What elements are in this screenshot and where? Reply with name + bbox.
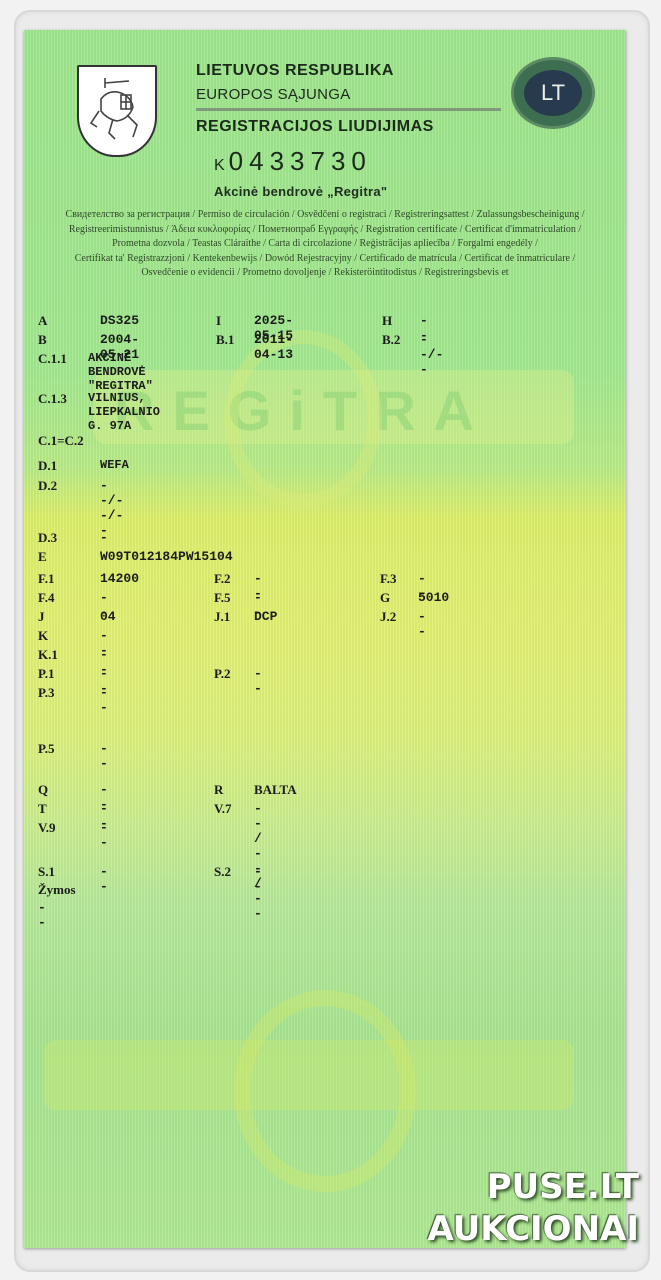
field-label-f3: F.3 bbox=[380, 571, 397, 587]
field-label-j1: J.1 bbox=[214, 609, 230, 625]
field-label-c13: C.1.3 bbox=[38, 391, 67, 407]
field-label-f5: F.5 bbox=[214, 590, 231, 606]
field-label-s1: S.1 bbox=[38, 864, 55, 880]
field-label-p3: P.3 bbox=[38, 685, 55, 701]
field-label-b2: B.2 bbox=[382, 332, 400, 348]
field-label-q: Q bbox=[38, 782, 48, 798]
field-label-c11: C.1.1 bbox=[38, 351, 67, 367]
watermark-ring bbox=[224, 330, 382, 508]
field-label-b1: B.1 bbox=[216, 332, 234, 348]
field-label-s2: S.2 bbox=[214, 864, 231, 880]
field-value-d3: - bbox=[100, 530, 108, 545]
field-label-k: K bbox=[38, 628, 48, 644]
country-name: LIETUVOS RESPUBLIKA bbox=[196, 62, 394, 80]
field-value-p3: -- bbox=[100, 685, 108, 715]
field-label-zymos: Žymos bbox=[38, 882, 76, 898]
field-value-r: BALTA bbox=[254, 782, 297, 798]
header-divider bbox=[196, 108, 501, 111]
site-watermark: PUSE.LT AUKCIONAI bbox=[427, 1166, 639, 1250]
field-value-p2: -- bbox=[254, 666, 262, 696]
field-value-zymos: -- bbox=[38, 900, 46, 930]
field-label-i: I bbox=[216, 313, 221, 329]
field-label-f1: F.1 bbox=[38, 571, 55, 587]
field-value-d1: WEFA bbox=[100, 458, 129, 472]
field-value-a: DS325 bbox=[100, 313, 139, 328]
field-value-p5: -- bbox=[100, 741, 108, 771]
field-label-d2: D.2 bbox=[38, 478, 57, 494]
field-label-j: J bbox=[38, 609, 45, 625]
registration-certificate: REGiTRA LIETUVOS RESPUBLIKA EUROPOS SĄJU… bbox=[24, 30, 626, 1248]
field-label-p5: P.5 bbox=[38, 741, 55, 757]
field-value-g: 5010 bbox=[418, 590, 449, 605]
field-value-c13: VILNIUS, LIEPKALNIO G. 97A bbox=[88, 391, 160, 433]
field-value-j2: -- bbox=[418, 609, 426, 639]
watermark-ring-bottom bbox=[234, 990, 416, 1192]
field-value-d2: --/--/-- bbox=[100, 478, 123, 538]
field-value-s2: -- bbox=[254, 864, 262, 894]
field-value-e: W09T012184PW15104 bbox=[100, 549, 233, 564]
field-label-v9: V.9 bbox=[38, 820, 55, 836]
field-label-f4: F.4 bbox=[38, 590, 55, 606]
field-value-c11: AKCINĖ BENDROVĖ "REGITRA" bbox=[88, 351, 153, 393]
field-label-j2: J.2 bbox=[380, 609, 396, 625]
field-value-v9: -- bbox=[100, 820, 108, 850]
field-label-p1: P.1 bbox=[38, 666, 55, 682]
field-value-j: 04 bbox=[100, 609, 116, 624]
field-value-j1: DCP bbox=[254, 609, 277, 624]
field-value-s1: -- bbox=[100, 864, 108, 894]
field-label-h: H bbox=[382, 313, 392, 329]
field-label-f2: F.2 bbox=[214, 571, 231, 587]
field-label-p2: P.2 bbox=[214, 666, 231, 682]
field-label-c1-c2: C.1=C.2 bbox=[38, 433, 84, 449]
multilingual-titles: Свидетелство за регистрация / Permiso de… bbox=[34, 208, 616, 281]
field-label-b: B bbox=[38, 332, 47, 348]
field-label-v7: V.7 bbox=[214, 801, 231, 817]
coat-of-arms-icon bbox=[77, 65, 157, 157]
field-value-v7: -- / -- / -- bbox=[254, 801, 262, 921]
field-value-b1: 2011-04-13 bbox=[254, 332, 293, 362]
field-label-k1: K.1 bbox=[38, 647, 58, 663]
field-label-r: R bbox=[214, 782, 223, 798]
field-label-d1: D.1 bbox=[38, 458, 57, 474]
field-value-b2: --/-- bbox=[420, 332, 443, 377]
document-title: REGISTRACIJOS LIUDIJIMAS bbox=[196, 118, 434, 136]
field-label-g: G bbox=[380, 590, 390, 606]
field-value-f1: 14200 bbox=[100, 571, 139, 586]
field-label-a: A bbox=[38, 313, 47, 329]
field-label-e: E bbox=[38, 549, 47, 565]
issuer-name: Akcinė bendrovė „Regitra" bbox=[214, 184, 387, 199]
union-name: EUROPOS SĄJUNGA bbox=[196, 86, 351, 103]
serial-number: K0433730 bbox=[214, 146, 372, 177]
field-label-t: T bbox=[38, 801, 47, 817]
field-label-d3: D.3 bbox=[38, 530, 57, 546]
country-badge-icon: LT bbox=[514, 60, 592, 126]
